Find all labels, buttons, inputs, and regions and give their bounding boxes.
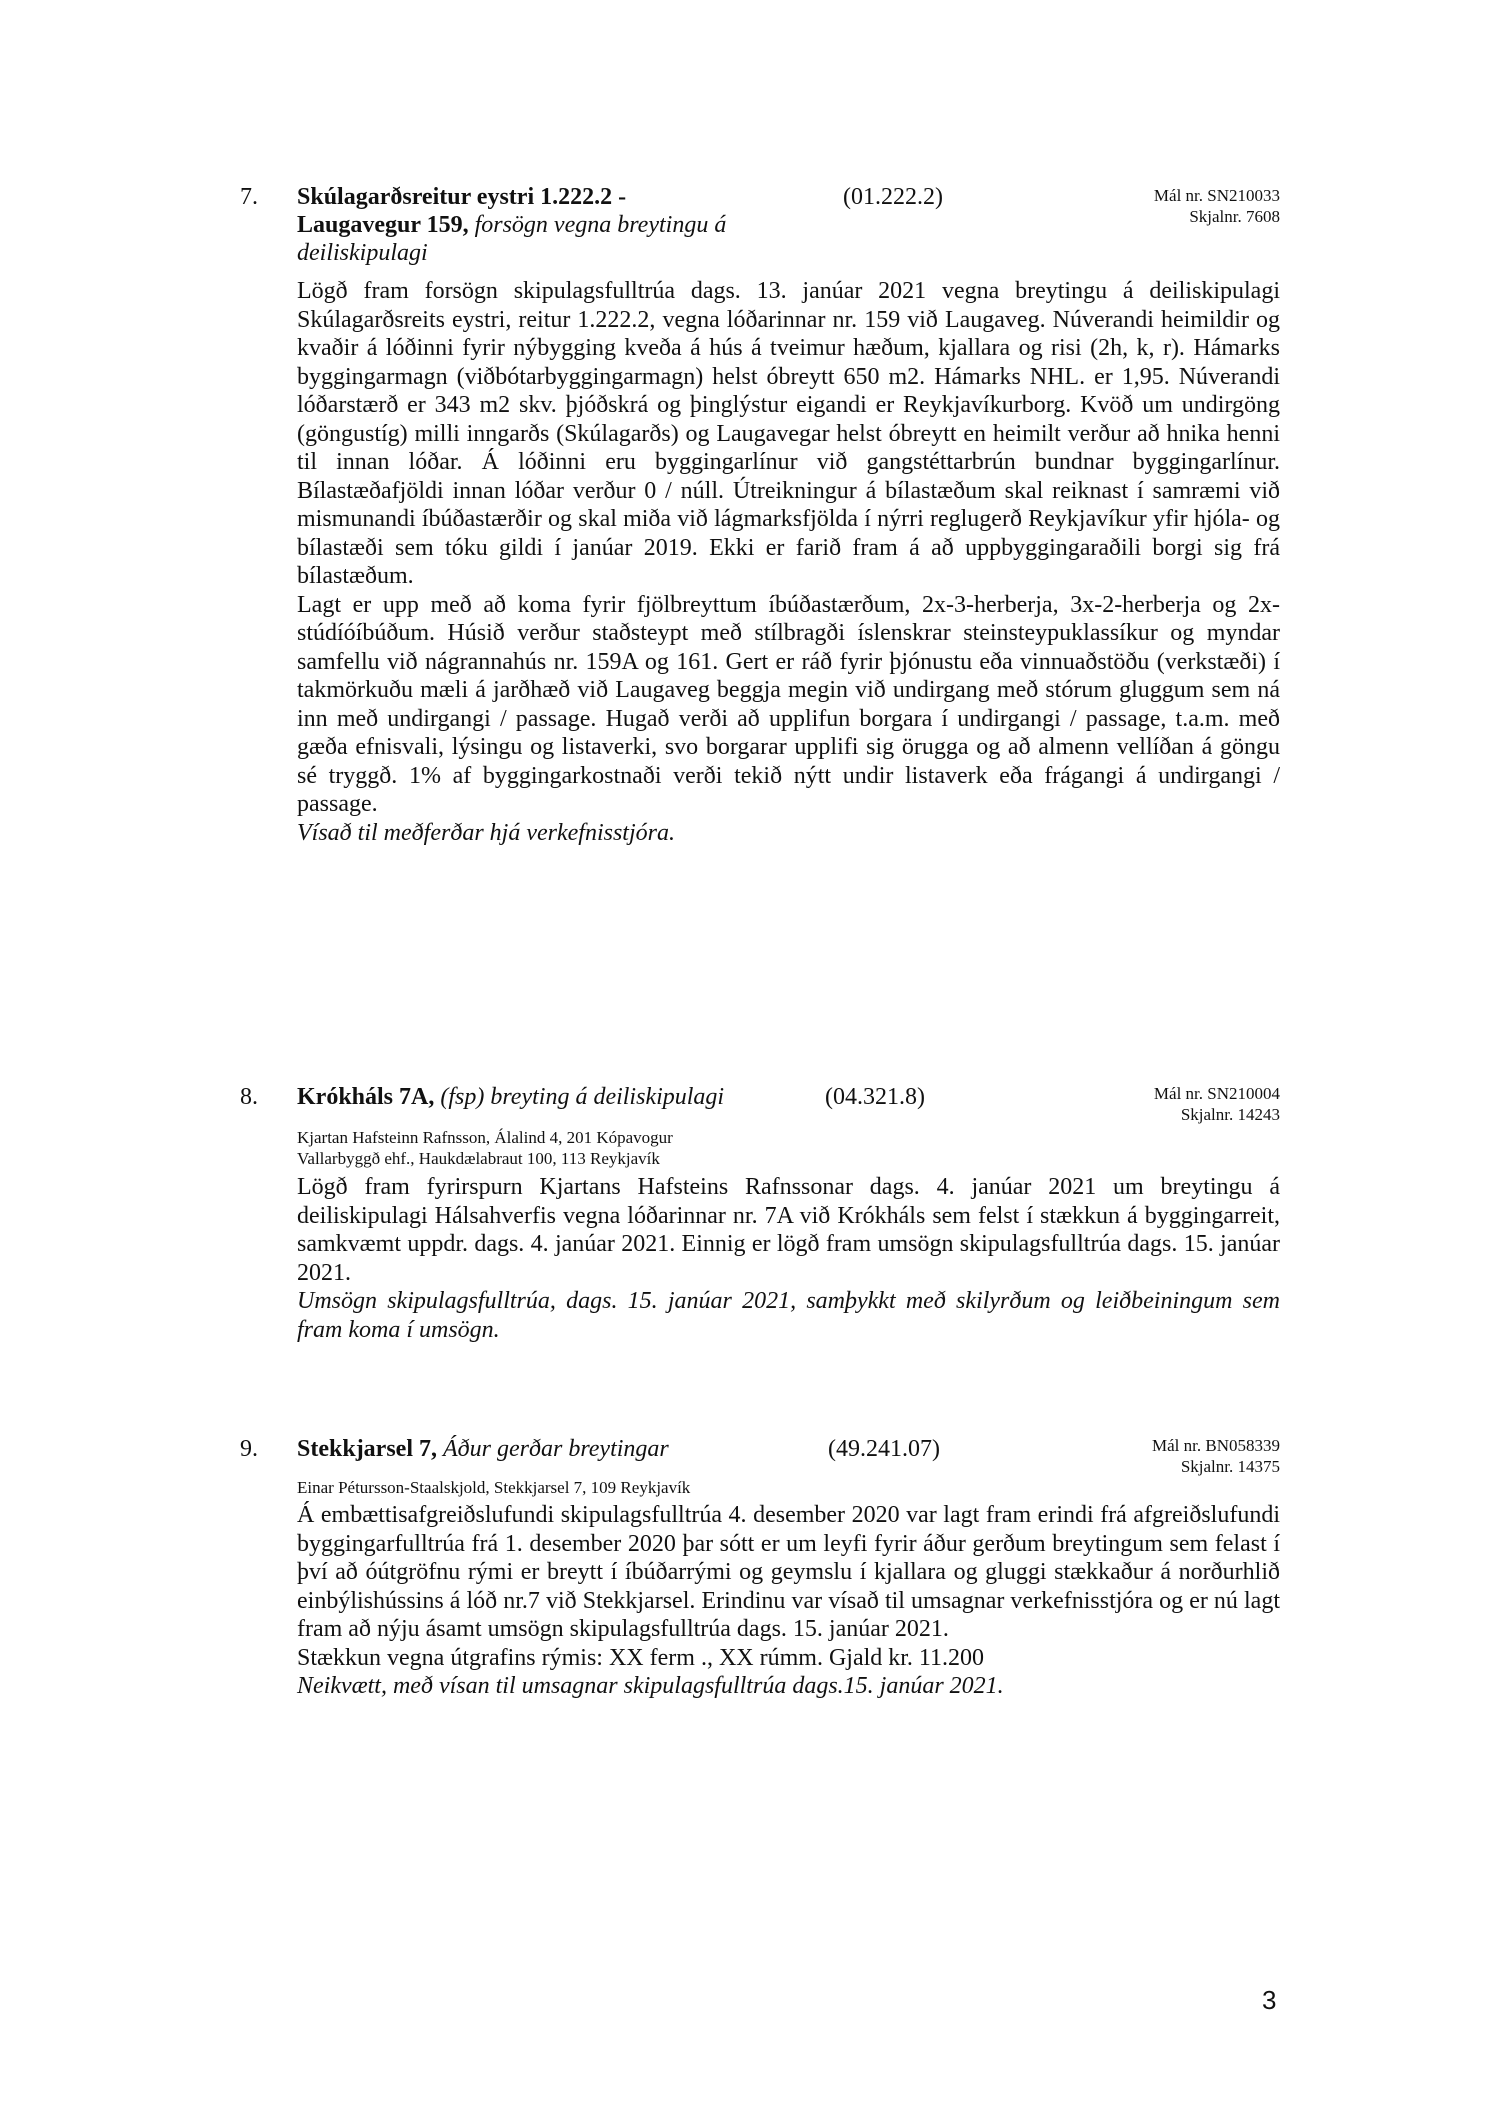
item-number: 9. xyxy=(240,1435,258,1463)
item-conclusion: Umsögn skipulagsfulltrúa, dags. 15. janú… xyxy=(297,1287,1280,1344)
item-title: Krókháls 7A, (fsp) breyting á deiliskipu… xyxy=(297,1083,724,1111)
document-number: Skjalnr. 14375 xyxy=(1152,1456,1280,1477)
case-references: Mál nr. SN210004 Skjalnr. 14243 xyxy=(1154,1083,1280,1125)
body-paragraph: Lögð fram fyrirspurn Kjartans Hafsteins … xyxy=(297,1173,1280,1287)
case-references: Mál nr. BN058339 Skjalnr. 14375 xyxy=(1152,1435,1280,1477)
applicant: Kjartan Hafsteinn Rafnsson, Álalind 4, 2… xyxy=(297,1127,673,1148)
item-number: 8. xyxy=(240,1083,258,1111)
item-body: Á embættisafgreiðslufundi skipulagsfullt… xyxy=(297,1501,1280,1701)
item-title: Stekkjarsel 7, Áður gerðar breytingar xyxy=(297,1435,669,1463)
item-title-bold: Krókháls 7A, xyxy=(297,1084,434,1110)
case-references: Mál nr. SN210033 Skjalnr. 7608 xyxy=(1154,185,1280,227)
applicants: Kjartan Hafsteinn Rafnsson, Álalind 4, 2… xyxy=(297,1127,673,1169)
item-title-bold: Stekkjarsel 7, xyxy=(297,1436,437,1462)
agenda-item-9: 9. Stekkjarsel 7, Áður gerðar breytingar… xyxy=(240,1435,1280,1765)
body-paragraph: Lagt er upp með að koma fyrir fjölbreytt… xyxy=(297,591,1280,819)
plot-id: (01.222.2) xyxy=(843,183,943,211)
applicant: Vallarbyggð ehf., Haukdælabraut 100, 113… xyxy=(297,1148,673,1169)
item-title: Skúlagarðsreitur eystri 1.222.2 - Laugav… xyxy=(297,183,857,267)
applicants: Einar Pétursson-Staalskjold, Stekkjarsel… xyxy=(297,1477,690,1498)
item-title-bold-line1: Skúlagarðsreitur eystri 1.222.2 - xyxy=(297,184,626,210)
document-number: Skjalnr. 7608 xyxy=(1154,206,1280,227)
item-body: Lögð fram forsögn skipulagsfulltrúa dags… xyxy=(297,277,1280,847)
item-conclusion: Neikvætt, með vísan til umsagnar skipula… xyxy=(297,1672,1280,1701)
case-number: Mál nr. BN058339 xyxy=(1152,1435,1280,1456)
plot-id: (04.321.8) xyxy=(825,1083,925,1111)
body-paragraph: Á embættisafgreiðslufundi skipulagsfullt… xyxy=(297,1501,1280,1644)
item-title-italic: (fsp) breyting á deiliskipulagi xyxy=(440,1084,724,1110)
agenda-item-8: 8. Krókháls 7A, (fsp) breyting á deilisk… xyxy=(240,1083,1280,1383)
item-body: Lögð fram fyrirspurn Kjartans Hafsteins … xyxy=(297,1173,1280,1344)
case-number: Mál nr. SN210033 xyxy=(1154,185,1280,206)
item-title-bold-line2: Laugavegur 159, xyxy=(297,212,469,238)
page-number: 3 xyxy=(1262,1985,1276,2016)
applicant: Einar Pétursson-Staalskjold, Stekkjarsel… xyxy=(297,1477,690,1498)
case-number: Mál nr. SN210004 xyxy=(1154,1083,1280,1104)
item-title-italic: Áður gerðar breytingar xyxy=(443,1436,669,1462)
body-paragraph: Lögð fram forsögn skipulagsfulltrúa dags… xyxy=(297,277,1280,591)
item-number: 7. xyxy=(240,183,258,211)
document-number: Skjalnr. 14243 xyxy=(1154,1104,1280,1125)
plot-id: (49.241.07) xyxy=(828,1435,940,1463)
item-conclusion: Vísað til meðferðar hjá verkefnisstjóra. xyxy=(297,819,1280,848)
agenda-item-7: 7. Skúlagarðsreitur eystri 1.222.2 - Lau… xyxy=(240,183,1280,1023)
body-paragraph: Stækkun vegna útgrafins rýmis: XX ferm .… xyxy=(297,1644,1280,1673)
